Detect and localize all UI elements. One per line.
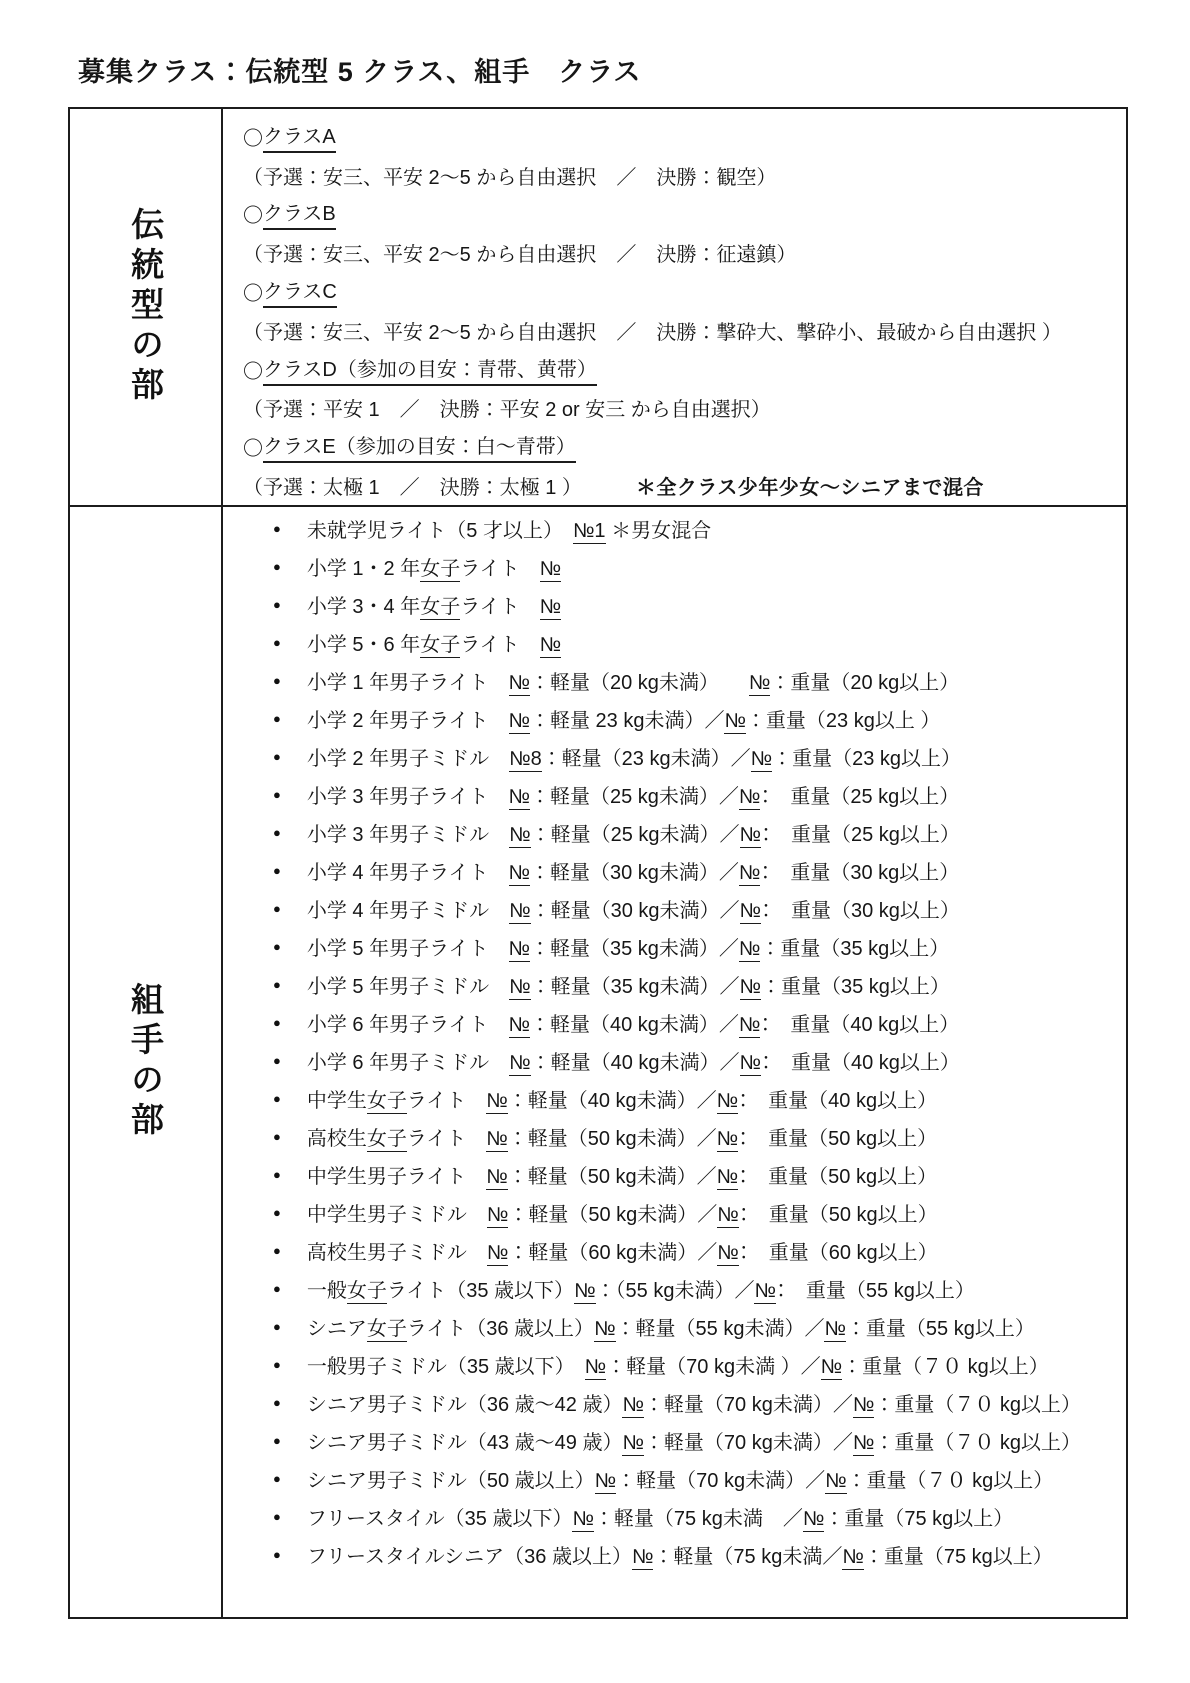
plain-text: 小学 5 年男子ミドル [307, 976, 509, 998]
kumite-item: ●高校生女子ライト №：軽量（50 kg未満）／№： 重量（50 kg以上） [243, 1117, 1116, 1155]
underlined-text: 女子 [347, 1280, 387, 1304]
kumite-item-text: 小学 4 年男子ミドル №：軽量（30 kg未満）／№： 重量（30 kg以上） [307, 894, 960, 923]
plain-text: ： 重量（40 kg以上） [761, 1052, 960, 1074]
plain-text: ：重量（75 kg以上） [824, 1508, 1013, 1530]
underlined-text: № [486, 1090, 507, 1114]
plain-text: ：軽量（75 kg未満／ [653, 1546, 842, 1568]
kumite-item-text: 一般男子ミドル（35 歳以下） №：軽量（70 kg未満 ）／№：重量（７０ k… [307, 1350, 1049, 1379]
bullet-icon: ● [273, 864, 281, 877]
underlined-text: № [540, 634, 561, 658]
plain-text: ：軽量（50 kg未満）／ [508, 1166, 717, 1188]
plain-text: ：軽量（70 kg未満 ）／ [606, 1356, 820, 1378]
kumite-section-row: 組手の部 ●未就学児ライト（5 才以上） №1 ＊男女混合●小学 1・2 年女子… [70, 505, 1126, 1617]
circle-marker: 〇 [243, 355, 263, 384]
underlined-text: 女子 [420, 558, 460, 582]
page-title: 募集クラス：伝統型 5 クラス、組手 クラス [78, 50, 641, 89]
kumite-item-text: 小学 6 年男子ライト №：軽量（40 kg未満）／№： 重量（40 kg以上） [307, 1008, 959, 1037]
underlined-text: № [632, 1546, 653, 1570]
bullet-icon: ● [273, 1434, 281, 1447]
underlined-text: № [509, 710, 530, 734]
underlined-text: № [739, 862, 760, 886]
plain-text: 小学 3 年男子ライト [307, 786, 509, 808]
underlined-text: № [724, 710, 745, 734]
underlined-text: № [509, 900, 530, 924]
plain-text: ：軽量（70 kg未満）／ [644, 1394, 853, 1416]
kumite-item-text: 小学 1 年男子ライト №：軽量（20 kg未満） №：重量（20 kg以上） [307, 666, 959, 695]
bullet-icon: ● [273, 1244, 281, 1257]
plain-text: 未就学児ライト（5 才以上） [307, 520, 573, 542]
bullet-icon: ● [273, 1358, 281, 1371]
underlined-text: № [853, 1432, 874, 1456]
plain-text: ライト（36 歳以上） [407, 1318, 594, 1340]
kumite-item-text: 小学 4 年男子ライト №：軽量（30 kg未満）／№： 重量（30 kg以上） [307, 856, 959, 885]
kumite-item: ●小学 3・4 年女子ライト № [243, 585, 1116, 623]
bullet-icon: ● [273, 750, 281, 763]
kata-class-heading: 〇クラスD（参加の目安：青帯、黄帯） [243, 350, 1116, 389]
plain-text: シニア男子ミドル（50 歳以上） [307, 1470, 595, 1492]
plain-text: ：軽量（30 kg未満）／ [531, 900, 740, 922]
underlined-text: № [821, 1356, 842, 1380]
kata-content-cell: 〇クラスA（予選：安三、平安 2～5 から自由選択 ／ 決勝：観空）〇クラスB（… [223, 109, 1126, 505]
kumite-item: ●フリースタイルシニア（36 歳以上）№：軽量（75 kg未満／№：重量（75 … [243, 1535, 1116, 1573]
bullet-icon: ● [273, 1320, 281, 1333]
bullet-icon: ● [273, 902, 281, 915]
plain-text: シニア [307, 1318, 367, 1340]
bullet-icon: ● [273, 1396, 281, 1409]
kumite-item-text: 小学 3 年男子ミドル №：軽量（25 kg未満）／№： 重量（25 kg以上） [307, 818, 960, 847]
plain-text: ：軽量（50 kg未満）／ [508, 1204, 717, 1226]
circle-marker: 〇 [243, 432, 263, 461]
plain-text: ライト [460, 596, 539, 618]
kumite-item-text: 一般女子ライト（35 歳以下）№：（55 kg未満）／№： 重量（55 kg以上… [307, 1274, 975, 1303]
kumite-item: ●シニア女子ライト（36 歳以上）№：軽量（55 kg未満）／№：重量（55 k… [243, 1307, 1116, 1345]
kumite-item-text: 小学 3 年男子ライト №：軽量（25 kg未満）／№： 重量（25 kg以上） [307, 780, 959, 809]
bullet-icon: ● [273, 978, 281, 991]
underlined-text: № [585, 1356, 606, 1380]
underlined-text: № [509, 672, 530, 696]
circle-marker: 〇 [243, 122, 263, 151]
plain-text: ：軽量（25 kg未満）／ [531, 824, 740, 846]
bullet-icon: ● [273, 1054, 281, 1067]
kata-class-heading: 〇クラスC [243, 272, 1116, 311]
kumite-item: ●小学 4 年男子ミドル №：軽量（30 kg未満）／№： 重量（30 kg以上… [243, 889, 1116, 927]
underlined-text: № [740, 824, 761, 848]
kumite-item-text: シニア男子ミドル（36 歳～42 歳）№：軽量（70 kg未満）／№：重量（７０… [307, 1388, 1081, 1417]
plain-text: ：軽量（30 kg未満）／ [530, 862, 739, 884]
underlined-text: № [717, 1090, 738, 1114]
underlined-text: № [595, 1470, 616, 1494]
underlined-text: № [486, 1128, 507, 1152]
plain-text: 高校生男子ミドル [307, 1242, 487, 1264]
kumite-item-text: 小学 2 年男子ライト №：軽量 23 kg未満）／№：重量（23 kg以上 ） [307, 704, 941, 733]
plain-text: ：重量（23 kg以上 ） [746, 710, 940, 732]
bullet-icon: ● [273, 1168, 281, 1181]
kata-class-detail-text: （予選：安三、平安 2～5 から自由選択 ／ 決勝：観空） [243, 161, 776, 190]
underlined-text: № [740, 1052, 761, 1076]
plain-text: ：重量（７０ kg以上） [842, 1356, 1049, 1378]
kata-class-detail: （予選：安三、平安 2～5 から自由選択 ／ 決勝：観空） [243, 156, 1116, 195]
kumite-item: ●小学 2 年男子ライト №：軽量 23 kg未満）／№：重量（23 kg以上 … [243, 699, 1116, 737]
underlined-text: № [487, 1204, 508, 1228]
plain-text: ：重量（55 kg以上） [846, 1318, 1035, 1340]
kumite-item: ●小学 5 年男子ミドル №：軽量（35 kg未満）／№：重量（35 kg以上） [243, 965, 1116, 1003]
underlined-text: № [739, 938, 760, 962]
kata-class-name: クラスD（参加の目安：青帯、黄帯） [263, 353, 597, 386]
bullet-icon: ● [273, 1206, 281, 1219]
plain-text: ： 重量（30 kg以上） [761, 900, 960, 922]
plain-text: ： 重量（50 kg以上） [738, 1128, 937, 1150]
kata-section-row: 伝統型の部 〇クラスA（予選：安三、平安 2～5 から自由選択 ／ 決勝：観空）… [70, 109, 1126, 505]
bullet-icon: ● [273, 826, 281, 839]
plain-text: ：重量（35 kg以上） [760, 938, 949, 960]
underlined-text: № [509, 862, 530, 886]
kata-class-detail-text: （予選：安三、平安 2～5 から自由選択 ／ 決勝：征遠鎮） [243, 238, 796, 267]
kata-class-name: クラスE（参加の目安：白～青帯） [263, 430, 576, 463]
plain-text: ： 重量（40 kg以上） [738, 1090, 937, 1112]
plain-text: シニア男子ミドル（36 歳～42 歳） [307, 1394, 623, 1416]
bullet-icon: ● [273, 1472, 281, 1485]
kumite-item-text: 小学 2 年男子ミドル №8：軽量（23 kg未満）／№：重量（23 kg以上） [307, 742, 961, 771]
underlined-text: № [509, 824, 530, 848]
kumite-item-text: シニア男子ミドル（50 歳以上）№：軽量（70 kg未満）／№：重量（７０ kg… [307, 1464, 1053, 1493]
kumite-item: ●小学 6 年男子ライト №：軽量（40 kg未満）／№： 重量（40 kg以上… [243, 1003, 1116, 1041]
underlined-text: № [717, 1204, 738, 1228]
plain-text: ：重量（75 kg以上） [864, 1546, 1053, 1568]
bullet-icon: ● [273, 1548, 281, 1561]
underlined-text: № [717, 1166, 738, 1190]
plain-text: 小学 3・4 年 [307, 596, 420, 618]
plain-text: ： 重量（25 kg以上） [760, 786, 959, 808]
plain-text: ：軽量（55 kg未満）／ [616, 1318, 825, 1340]
kumite-section-label: 組手の部 [129, 982, 162, 1142]
underlined-text: №8 [509, 748, 542, 772]
kumite-item-text: 中学生男子ミドル №：軽量（50 kg未満）／№： 重量（50 kg以上） [307, 1198, 938, 1227]
underlined-text: № [740, 900, 761, 924]
kumite-item-text: 小学 5 年男子ライト №：軽量（35 kg未満）／№：重量（35 kg以上） [307, 932, 949, 961]
plain-text: ：重量（７０ kg以上） [874, 1394, 1081, 1416]
kumite-item: ●小学 6 年男子ミドル №：軽量（40 kg未満）／№： 重量（40 kg以上… [243, 1041, 1116, 1079]
underlined-text: № [824, 1318, 845, 1342]
bullet-icon: ● [273, 788, 281, 801]
bullet-icon: ● [273, 712, 281, 725]
kumite-item-text: 中学生女子ライト №：軽量（40 kg未満）／№： 重量（40 kg以上） [307, 1084, 937, 1113]
kata-class-heading: 〇クラスB [243, 195, 1116, 234]
underlined-text: № [509, 976, 530, 1000]
plain-text: ： 重量（25 kg以上） [761, 824, 960, 846]
kumite-item: ●シニア男子ミドル（50 歳以上）№：軽量（70 kg未満）／№：重量（７０ k… [243, 1459, 1116, 1497]
underlined-text: № [509, 1014, 530, 1038]
underlined-text: № [749, 672, 770, 696]
plain-text: 小学 1 年男子ライト [307, 672, 509, 694]
kumite-item: ●未就学児ライト（5 才以上） №1 ＊男女混合 [243, 509, 1116, 547]
circle-marker: 〇 [243, 199, 263, 228]
plain-text: 小学 6 年男子ミドル [307, 1052, 509, 1074]
all-class-mixed-note: ＊全クラス少年少女～シニアまで混合 [636, 471, 984, 500]
plain-text: ：重量（７０ kg以上） [874, 1432, 1081, 1454]
bullet-icon: ● [273, 1130, 281, 1143]
kumite-item: ●小学 3 年男子ライト №：軽量（25 kg未満）／№： 重量（25 kg以上… [243, 775, 1116, 813]
bullet-icon: ● [273, 1510, 281, 1523]
kata-class-detail: （予選：安三、平安 2～5 から自由選択 ／ 決勝：征遠鎮） [243, 233, 1116, 272]
underlined-text: № [825, 1470, 846, 1494]
plain-text: ：軽量（23 kg未満）／ [542, 748, 751, 770]
plain-text: ：軽量（70 kg未満）／ [616, 1470, 825, 1492]
plain-text: ＊男女混合 [606, 520, 712, 542]
plain-text: ：軽量（60 kg未満）／ [508, 1242, 717, 1264]
kumite-item: ●小学 4 年男子ライト №：軽量（30 kg未満）／№： 重量（30 kg以上… [243, 851, 1116, 889]
plain-text: ライト [460, 634, 539, 656]
kumite-item: ●高校生男子ミドル №：軽量（60 kg未満）／№： 重量（60 kg以上） [243, 1231, 1116, 1269]
kumite-content-cell: ●未就学児ライト（5 才以上） №1 ＊男女混合●小学 1・2 年女子ライト №… [223, 507, 1126, 1617]
bullet-icon: ● [273, 940, 281, 953]
kumite-item: ●一般女子ライト（35 歳以下）№：（55 kg未満）／№： 重量（55 kg以… [243, 1269, 1116, 1307]
kumite-item: ●小学 2 年男子ミドル №8：軽量（23 kg未満）／№：重量（23 kg以上… [243, 737, 1116, 775]
kata-class-detail: （予選：安三、平安 2～5 から自由選択 ／ 決勝：撃砕大、撃砕小、最破から自由… [243, 311, 1116, 350]
kumite-item-text: フリースタイル（35 歳以下）№：軽量（75 kg未満 ／№：重量（75 kg以… [307, 1502, 1013, 1531]
underlined-text: № [540, 558, 561, 582]
kata-class-detail: （予選：平安 1 ／ 決勝：平安 2 or 安三 から自由選択） [243, 389, 1116, 428]
plain-text: ： 重量（30 kg以上） [760, 862, 959, 884]
plain-text: 小学 2 年男子ライト [307, 710, 509, 732]
plain-text: ：軽量（40 kg未満）／ [531, 1052, 740, 1074]
kumite-item-text: 高校生男子ミドル №：軽量（60 kg未満）／№： 重量（60 kg以上） [307, 1236, 938, 1265]
kata-section-label-cell: 伝統型の部 [70, 109, 223, 505]
plain-text: ：軽量（35 kg未満）／ [531, 976, 740, 998]
kumite-section-label-cell: 組手の部 [70, 507, 223, 1617]
plain-text: 一般男子ミドル（35 歳以下） [307, 1356, 585, 1378]
underlined-text: № [739, 786, 760, 810]
bullet-icon: ● [273, 522, 281, 535]
kata-class-name: クラスC [263, 275, 337, 308]
underlined-text: 女子 [420, 596, 460, 620]
plain-text: ライト（35 歳以下） [387, 1280, 574, 1302]
plain-text: 小学 3 年男子ミドル [307, 824, 509, 846]
plain-text: 小学 6 年男子ライト [307, 1014, 509, 1036]
bullet-icon: ● [273, 1282, 281, 1295]
kumite-item: ●小学 5・6 年女子ライト № [243, 623, 1116, 661]
plain-text: 一般 [307, 1280, 347, 1302]
circle-marker: 〇 [243, 277, 263, 306]
plain-text: ：軽量（35 kg未満）／ [530, 938, 739, 960]
kumite-item-text: 小学 1・2 年女子ライト № [307, 552, 561, 581]
bullet-icon: ● [273, 674, 281, 687]
bullet-icon: ● [273, 560, 281, 573]
plain-text: フリースタイル（35 歳以下） [307, 1508, 573, 1530]
underlined-text: № [540, 596, 561, 620]
underlined-text: № [853, 1394, 874, 1418]
plain-text: 小学 1・2 年 [307, 558, 420, 580]
kumite-item: ●中学生男子ミドル №：軽量（50 kg未満）／№： 重量（50 kg以上） [243, 1193, 1116, 1231]
kumite-item-text: 中学生男子ライト №：軽量（50 kg未満）／№： 重量（50 kg以上） [307, 1160, 937, 1189]
plain-text: 中学生男子ミドル [307, 1204, 487, 1226]
plain-text: ：重量（23 kg以上） [772, 748, 961, 770]
kumite-item: ●小学 1 年男子ライト №：軽量（20 kg未満） №：重量（20 kg以上） [243, 661, 1116, 699]
underlined-text: № [594, 1318, 615, 1342]
underlined-text: № [509, 938, 530, 962]
underlined-text: № [574, 1280, 595, 1304]
kata-class-heading: 〇クラスE（参加の目安：白～青帯） [243, 427, 1116, 466]
kata-class-detail: （予選：太極 1 ／ 決勝：太極 1 ）＊全クラス少年少女～シニアまで混合 [243, 466, 1116, 505]
plain-text: 中学生 [307, 1090, 367, 1112]
kata-class-detail-text: （予選：安三、平安 2～5 から自由選択 ／ 決勝：撃砕大、撃砕小、最破から自由… [243, 316, 1062, 345]
plain-text: ライト [407, 1128, 486, 1150]
underlined-text: № [486, 1166, 507, 1190]
plain-text: ：軽量（25 kg未満）／ [530, 786, 739, 808]
plain-text: ：重量（20 kg以上） [770, 672, 959, 694]
bullet-icon: ● [273, 636, 281, 649]
plain-text: ：軽量（40 kg未満）／ [530, 1014, 739, 1036]
kumite-item-text: シニア男子ミドル（43 歳～49 歳）№：軽量（70 kg未満）／№：重量（７０… [307, 1426, 1081, 1455]
underlined-text: 女子 [367, 1090, 407, 1114]
underlined-text: 女子 [367, 1318, 407, 1342]
underlined-text: № [842, 1546, 863, 1570]
underlined-text: № [622, 1432, 643, 1456]
kumite-item-text: フリースタイルシニア（36 歳以上）№：軽量（75 kg未満／№：重量（75 k… [307, 1540, 1053, 1569]
plain-text: ライト [407, 1090, 486, 1112]
plain-text: シニア男子ミドル（43 歳～49 歳） [307, 1432, 623, 1454]
plain-text: ：軽量（20 kg未満） [530, 672, 749, 694]
plain-text: ： 重量（55 kg以上） [776, 1280, 975, 1302]
plain-text: ：軽量（70 kg未満）／ [644, 1432, 853, 1454]
underlined-text: № [717, 1242, 738, 1266]
plain-text: ：軽量（50 kg未満）／ [508, 1128, 717, 1150]
plain-text: ：重量（７０ kg以上） [847, 1470, 1054, 1492]
underlined-text: № [572, 1508, 593, 1532]
underlined-text: №1 [573, 520, 606, 544]
kumite-item-text: シニア女子ライト（36 歳以上）№：軽量（55 kg未満）／№：重量（55 kg… [307, 1312, 1035, 1341]
plain-text: 小学 4 年男子ライト [307, 862, 509, 884]
kata-class-heading: 〇クラスA [243, 117, 1116, 156]
underlined-text: № [739, 1014, 760, 1038]
underlined-text: № [622, 1394, 643, 1418]
kata-section-label: 伝統型の部 [129, 207, 162, 407]
plain-text: ： 重量（50 kg以上） [739, 1204, 938, 1226]
plain-text: ライト [460, 558, 539, 580]
plain-text: ：重量（35 kg以上） [761, 976, 950, 998]
kumite-item-text: 小学 3・4 年女子ライト № [307, 590, 561, 619]
kumite-item-text: 小学 6 年男子ミドル №：軽量（40 kg未満）／№： 重量（40 kg以上） [307, 1046, 960, 1075]
kumite-item-text: 小学 5・6 年女子ライト № [307, 628, 561, 657]
kumite-item: ●シニア男子ミドル（36 歳～42 歳）№：軽量（70 kg未満）／№：重量（７… [243, 1383, 1116, 1421]
bullet-icon: ● [273, 1092, 281, 1105]
kumite-item: ●中学生男子ライト №：軽量（50 kg未満）／№： 重量（50 kg以上） [243, 1155, 1116, 1193]
plain-text: ：（55 kg未満）／ [596, 1280, 755, 1302]
underlined-text: № [751, 748, 772, 772]
plain-text: ： 重量（40 kg以上） [760, 1014, 959, 1036]
class-table: 伝統型の部 〇クラスA（予選：安三、平安 2～5 から自由選択 ／ 決勝：観空）… [68, 107, 1128, 1619]
kata-class-detail-text: （予選：平安 1 ／ 決勝：平安 2 or 安三 から自由選択） [243, 393, 771, 422]
plain-text: 小学 5・6 年 [307, 634, 420, 656]
underlined-text: № [509, 786, 530, 810]
kumite-item: ●一般男子ミドル（35 歳以下） №：軽量（70 kg未満 ）／№：重量（７０ … [243, 1345, 1116, 1383]
kumite-item-text: 未就学児ライト（5 才以上） №1 ＊男女混合 [307, 514, 711, 543]
plain-text: ：軽量 23 kg未満）／ [530, 710, 724, 732]
underlined-text: № [717, 1128, 738, 1152]
underlined-text: № [487, 1242, 508, 1266]
kata-class-name: クラスB [263, 197, 336, 230]
plain-text: フリースタイルシニア（36 歳以上） [307, 1546, 632, 1568]
plain-text: 高校生 [307, 1128, 367, 1150]
plain-text: ： 重量（50 kg以上） [738, 1166, 937, 1188]
kumite-item: ●フリースタイル（35 歳以下）№：軽量（75 kg未満 ／№：重量（75 kg… [243, 1497, 1116, 1535]
kumite-item-text: 小学 5 年男子ミドル №：軽量（35 kg未満）／№：重量（35 kg以上） [307, 970, 950, 999]
plain-text: 小学 2 年男子ミドル [307, 748, 509, 770]
kata-class-detail-text: （予選：太極 1 ／ 決勝：太極 1 ） [243, 471, 582, 500]
underlined-text: 女子 [420, 634, 460, 658]
kumite-item: ●中学生女子ライト №：軽量（40 kg未満）／№： 重量（40 kg以上） [243, 1079, 1116, 1117]
plain-text: 小学 4 年男子ミドル [307, 900, 509, 922]
kata-class-name: クラスA [263, 120, 336, 153]
plain-text: ：軽量（40 kg未満）／ [508, 1090, 717, 1112]
kumite-item: ●シニア男子ミドル（43 歳～49 歳）№：軽量（70 kg未満）／№：重量（７… [243, 1421, 1116, 1459]
bullet-icon: ● [273, 598, 281, 611]
underlined-text: № [740, 976, 761, 1000]
underlined-text: № [509, 1052, 530, 1076]
plain-text: ：軽量（75 kg未満 ／ [594, 1508, 803, 1530]
kumite-item: ●小学 3 年男子ミドル №：軽量（25 kg未満）／№： 重量（25 kg以上… [243, 813, 1116, 851]
kumite-item: ●小学 5 年男子ライト №：軽量（35 kg未満）／№：重量（35 kg以上） [243, 927, 1116, 965]
underlined-text: 女子 [367, 1128, 407, 1152]
document-page: 募集クラス：伝統型 5 クラス、組手 クラス 伝統型の部 〇クラスA（予選：安三… [0, 0, 1190, 1683]
plain-text: ： 重量（60 kg以上） [739, 1242, 938, 1264]
plain-text: 小学 5 年男子ライト [307, 938, 509, 960]
kumite-item-text: 高校生女子ライト №：軽量（50 kg未満）／№： 重量（50 kg以上） [307, 1122, 937, 1151]
underlined-text: № [803, 1508, 824, 1532]
kumite-item: ●小学 1・2 年女子ライト № [243, 547, 1116, 585]
plain-text: 中学生男子ライト [307, 1166, 486, 1188]
underlined-text: № [754, 1280, 775, 1304]
bullet-icon: ● [273, 1016, 281, 1029]
